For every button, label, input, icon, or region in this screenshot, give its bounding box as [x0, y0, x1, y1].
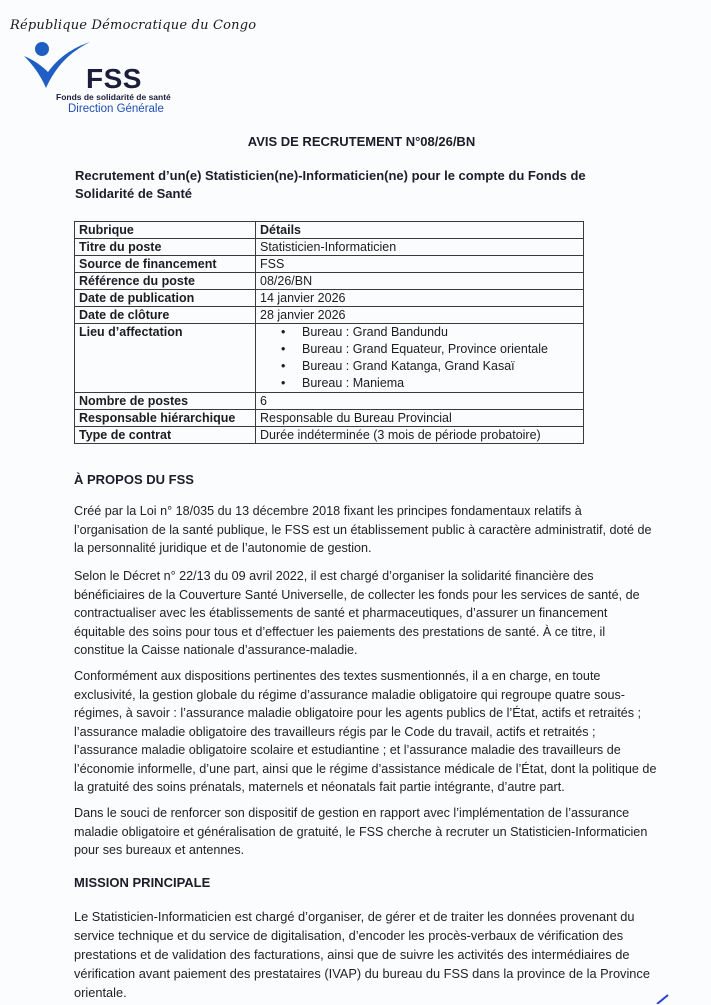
row-label: Référence du poste — [75, 273, 256, 290]
pen-check-mark-icon — [656, 994, 670, 1004]
table-row: Référence du poste 08/26/BN — [75, 273, 584, 290]
list-item: Bureau : Grand Equateur, Province orient… — [302, 341, 579, 358]
row-label: Date de publication — [75, 290, 256, 307]
logo-full-name: Fonds de solidarité de santé — [56, 92, 171, 102]
table-header-details: Détails — [256, 222, 584, 239]
country-name: République Démocratique du Congo — [10, 18, 256, 33]
row-value: 28 janvier 2026 — [256, 307, 584, 324]
row-label: Source de financement — [75, 256, 256, 273]
fss-logo: FSS Fonds de solidarité de santé Directi… — [22, 40, 222, 120]
row-value: Statisticien-Informaticien — [256, 239, 584, 256]
table-header-row: Rubrique Détails — [75, 222, 584, 239]
fss-checkmark-person-icon — [22, 40, 92, 100]
row-value: FSS — [256, 256, 584, 273]
row-value: 6 — [256, 393, 584, 410]
table-row: Nombre de postes 6 — [75, 393, 584, 410]
table-row: Source de financement FSS — [75, 256, 584, 273]
page-subtitle: Recrutement d’un(e) Statisticien(ne)-Inf… — [75, 167, 635, 203]
row-label: Type de contrat — [75, 427, 256, 444]
row-label: Lieu d’affectation — [75, 324, 256, 393]
row-value: Durée indéterminée (3 mois de période pr… — [256, 427, 584, 444]
document-page: République Démocratique du Congo FSS Fon… — [0, 0, 711, 1005]
about-paragraph: Conformément aux dispositions pertinente… — [74, 667, 659, 797]
row-label: Date de clôture — [75, 307, 256, 324]
list-item: Bureau : Grand Katanga, Grand Kasaï — [302, 358, 579, 375]
table-header-rubrique: Rubrique — [75, 222, 256, 239]
row-value: Responsable du Bureau Provincial — [256, 410, 584, 427]
logo-acronym: FSS — [86, 63, 142, 95]
table-row: Responsable hiérarchique Responsable du … — [75, 410, 584, 427]
row-label: Nombre de postes — [75, 393, 256, 410]
table-row: Date de clôture 28 janvier 2026 — [75, 307, 584, 324]
row-label: Responsable hiérarchique — [75, 410, 256, 427]
assignment-location-list: Bureau : Grand Bandundu Bureau : Grand E… — [260, 324, 579, 392]
mission-heading: MISSION PRINCIPALE — [74, 875, 210, 890]
table-row: Titre du poste Statisticien-Informaticie… — [75, 239, 584, 256]
table-row: Date de publication 14 janvier 2026 — [75, 290, 584, 307]
page-title: AVIS DE RECRUTEMENT N°08/26/BN — [0, 134, 711, 149]
mission-paragraph: Le Statisticien-Informaticien est chargé… — [74, 907, 659, 1002]
table-row: Lieu d’affectation Bureau : Grand Bandun… — [75, 324, 584, 393]
list-item: Bureau : Maniema — [302, 375, 579, 392]
about-paragraph: Selon le Décret n° 22/13 du 09 avril 202… — [74, 567, 659, 660]
job-details-table: Rubrique Détails Titre du poste Statisti… — [74, 221, 584, 444]
logo-department: Direction Générale — [68, 103, 164, 115]
about-paragraph: Dans le souci de renforcer son dispositi… — [74, 804, 659, 860]
about-heading: À PROPOS DU FSS — [74, 472, 194, 487]
row-value: 14 janvier 2026 — [256, 290, 584, 307]
table-row: Type de contrat Durée indéterminée (3 mo… — [75, 427, 584, 444]
list-item: Bureau : Grand Bandundu — [302, 324, 579, 341]
about-paragraph: Créé par la Loi n° 18/035 du 13 décembre… — [74, 502, 659, 558]
row-label: Titre du poste — [75, 239, 256, 256]
row-value: 08/26/BN — [256, 273, 584, 290]
row-value-list: Bureau : Grand Bandundu Bureau : Grand E… — [256, 324, 584, 393]
